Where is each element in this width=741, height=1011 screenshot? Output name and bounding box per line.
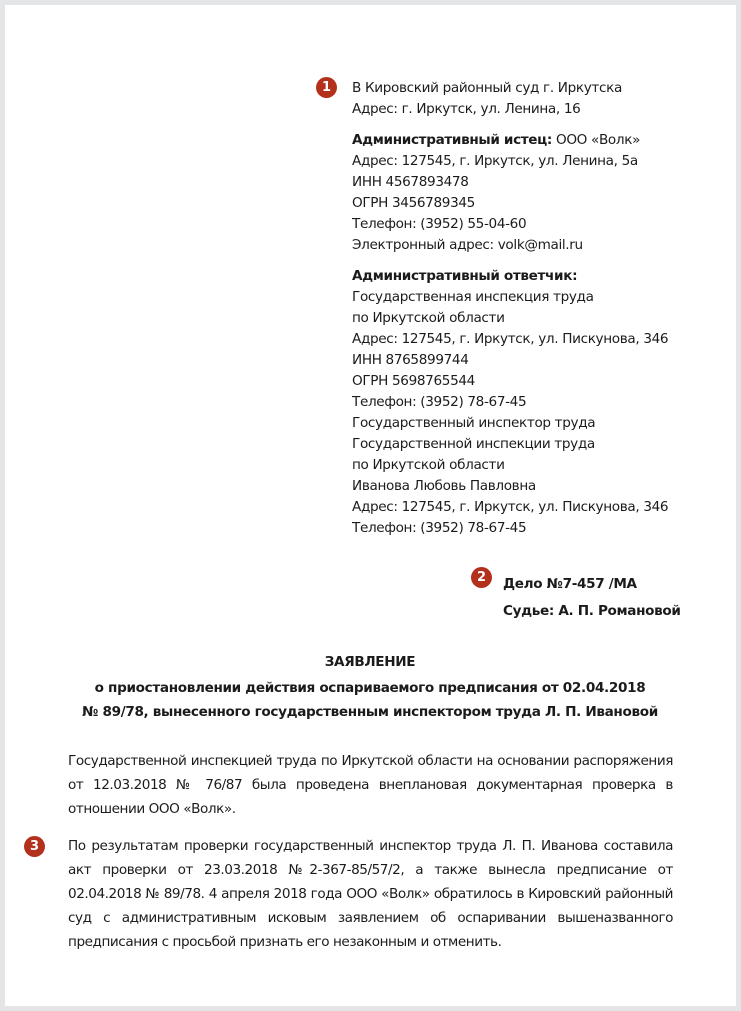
defendant-label: Административный ответчик: — [352, 266, 668, 287]
document-subtitle-line-2: № 89/78, вынесенного государственным инс… — [65, 700, 675, 724]
plaintiff-inn: ИНН 4567893478 — [352, 172, 668, 193]
case-number: Дело №7-457 /МА — [503, 571, 681, 598]
plaintiff-name: ООО «Волк» — [552, 132, 640, 148]
plaintiff-ogrn: ОГРН 3456789345 — [352, 193, 668, 214]
defendant-label-text: Административный ответчик: — [352, 268, 577, 284]
defendant-line: Иванова Любовь Павловна — [352, 476, 668, 497]
court-address: Адрес: г. Иркутск, ул. Ленина, 16 — [352, 99, 668, 120]
document-page: 1 В Кировский районный суд г. Иркутска А… — [5, 5, 736, 1006]
case-block: Дело №7-457 /МА Судье: А. П. Романовой — [503, 571, 681, 625]
addressee-block: В Кировский районный суд г. Иркутска Адр… — [352, 78, 668, 539]
defendant-line: Телефон: (3952) 78-67-45 — [352, 518, 668, 539]
defendant-line: Телефон: (3952) 78-67-45 — [352, 392, 668, 413]
callout-badge-1: 1 — [316, 77, 337, 98]
document-title: ЗАЯВЛЕНИЕ — [65, 650, 675, 674]
defendant-line: ОГРН 5698765544 — [352, 371, 668, 392]
defendant-line: Государственная инспекция труда — [352, 287, 668, 308]
court-name: В Кировский районный суд г. Иркутска — [352, 78, 668, 99]
defendant-line: Государственный инспектор труда — [352, 413, 668, 434]
defendant-line: Государственной инспекции труда — [352, 434, 668, 455]
plaintiff-label: Административный истец: — [352, 132, 552, 148]
plaintiff-phone: Телефон: (3952) 55-04-60 — [352, 214, 668, 235]
defendant-line: по Иркутской области — [352, 455, 668, 476]
document-heading: ЗАЯВЛЕНИЕ о приостановлении действия осп… — [65, 650, 675, 724]
callout-badge-3: 3 — [24, 836, 45, 857]
defendant-line: ИНН 8765899744 — [352, 350, 668, 371]
defendant-line: Адрес: 127545, г. Иркутск, ул. Пискунова… — [352, 329, 668, 350]
callout-badge-2: 2 — [471, 567, 492, 588]
judge-name: Судье: А. П. Романовой — [503, 598, 681, 625]
defendant-line: Адрес: 127545, г. Иркутск, ул. Пискунова… — [352, 497, 668, 518]
plaintiff-email: Электронный адрес: volk@mail.ru — [352, 235, 668, 256]
defendant-line: по Иркутской области — [352, 308, 668, 329]
body-paragraph-2: По результатам проверки государственный … — [68, 834, 673, 954]
plaintiff-address: Адрес: 127545, г. Иркутск, ул. Ленина, 5… — [352, 151, 668, 172]
plaintiff-line: Административный истец: ООО «Волк» — [352, 130, 668, 151]
body-paragraph-1: Государственной инспекцией труда по Ирку… — [68, 749, 673, 821]
document-subtitle-line-1: о приостановлении действия оспариваемого… — [65, 676, 675, 700]
